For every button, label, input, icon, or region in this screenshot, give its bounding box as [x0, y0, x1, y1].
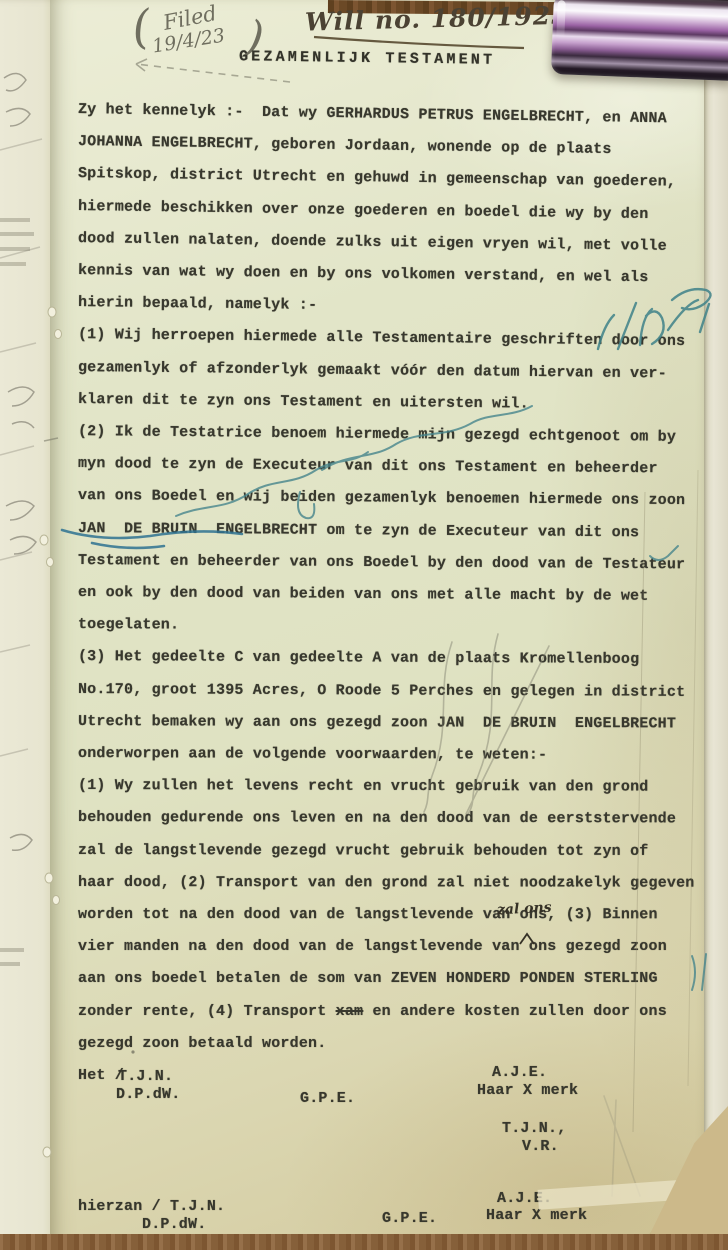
attestation-initials-vr: V.R. — [522, 1138, 559, 1155]
document-line: (3) Het gedeelte C van gedeelte A van de… — [78, 648, 639, 669]
document-line: onderworpen aan de volgende voorwaarden,… — [78, 745, 547, 765]
document-line: vier manden na den dood van de langstlev… — [78, 938, 667, 956]
document-line: zonder rente, (4) Transport xam en ander… — [78, 1003, 667, 1021]
attestation-initials-tjn: T.J.N., — [502, 1120, 566, 1137]
document-line: JAN DE BRUIN ENGELBRECHT om te zyn de Ex… — [78, 520, 639, 542]
witness-initials-dpdw: D.P.dW. — [116, 1086, 180, 1103]
witness-initials-tjn: T.J.N. — [118, 1068, 173, 1085]
document-title: GEZAMENLIJK TESTAMENT — [239, 48, 495, 69]
backing-page-edge — [704, 52, 728, 1202]
bottom-initials-gpe: G.P.E. — [382, 1210, 437, 1227]
metal-clip — [551, 0, 728, 81]
struck-word: xam — [336, 1003, 364, 1020]
document-line: haar dood, (2) Transport van den grond z… — [78, 874, 695, 893]
document-line: en ook by den dood van beiden van ons me… — [78, 584, 649, 606]
testator-initials-gpe: G.P.E. — [300, 1090, 355, 1107]
document-line: No.170, groot 1395 Acres, O Roode 5 Perc… — [78, 681, 685, 702]
document-line: gezegd zoon betaald worden. — [78, 1035, 326, 1053]
document-line: zal de langstlevende gezegd vrucht gebru… — [78, 842, 649, 861]
document-line: aan ons boedel betalen de som van ZEVEN … — [78, 970, 658, 988]
photo-scene: ( Filed 19/4/23 ) Will no. 180/1923. GEZ… — [0, 0, 728, 1250]
insertion-zal-ons: zal ons — [497, 900, 552, 919]
hierzan-witness-tjn: hierzan / T.J.N. — [78, 1198, 225, 1215]
desk-wood-bottom — [0, 1234, 728, 1250]
document-line: behouden gedurende ons leven en na den d… — [78, 809, 676, 828]
testatrix-initials-aje: A.J.E. — [492, 1064, 547, 1081]
testatrix-mark-label: Haar X merk — [477, 1082, 578, 1099]
document-line: (1) Wy zullen het levens recht en vrucht… — [78, 777, 649, 797]
document-line: Utrecht bemaken wy aan ons gezegd zoon J… — [78, 713, 676, 733]
bottom-witness-dpdw: D.P.dW. — [142, 1216, 206, 1233]
document-line: toegelaten. — [78, 616, 179, 635]
document-line: hierin bepaald, namelyk :- — [78, 294, 317, 315]
document-line: worden tot na den dood van de langstleve… — [78, 906, 658, 924]
bottom-mark-label: Haar X merk — [486, 1207, 587, 1224]
